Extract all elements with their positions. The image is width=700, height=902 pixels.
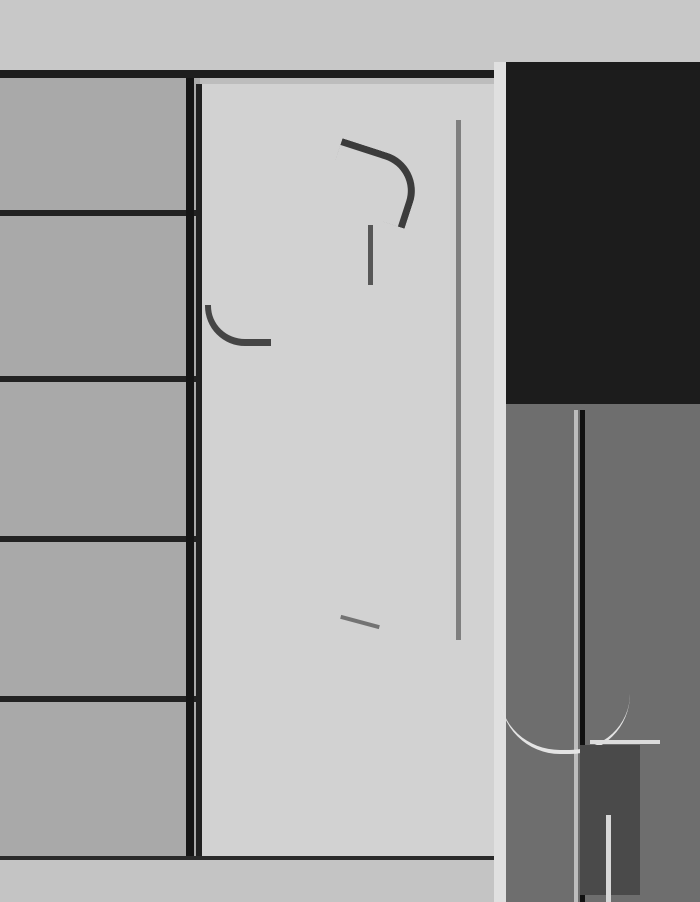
wall-joint [186, 78, 194, 868]
carved-figure-outline [368, 225, 373, 285]
stele-crack [456, 120, 461, 640]
masonry-wall [0, 78, 200, 902]
door-frame [494, 62, 506, 902]
door-rod-highlight [574, 410, 578, 902]
lintel-joint [0, 70, 520, 78]
dark-doorway [498, 62, 700, 404]
mortar-course [0, 210, 196, 216]
mortar-course [0, 696, 196, 702]
latch-bar [606, 815, 611, 902]
door-bar [590, 740, 660, 744]
mortar-course [0, 376, 196, 382]
mortar-course [0, 536, 196, 542]
